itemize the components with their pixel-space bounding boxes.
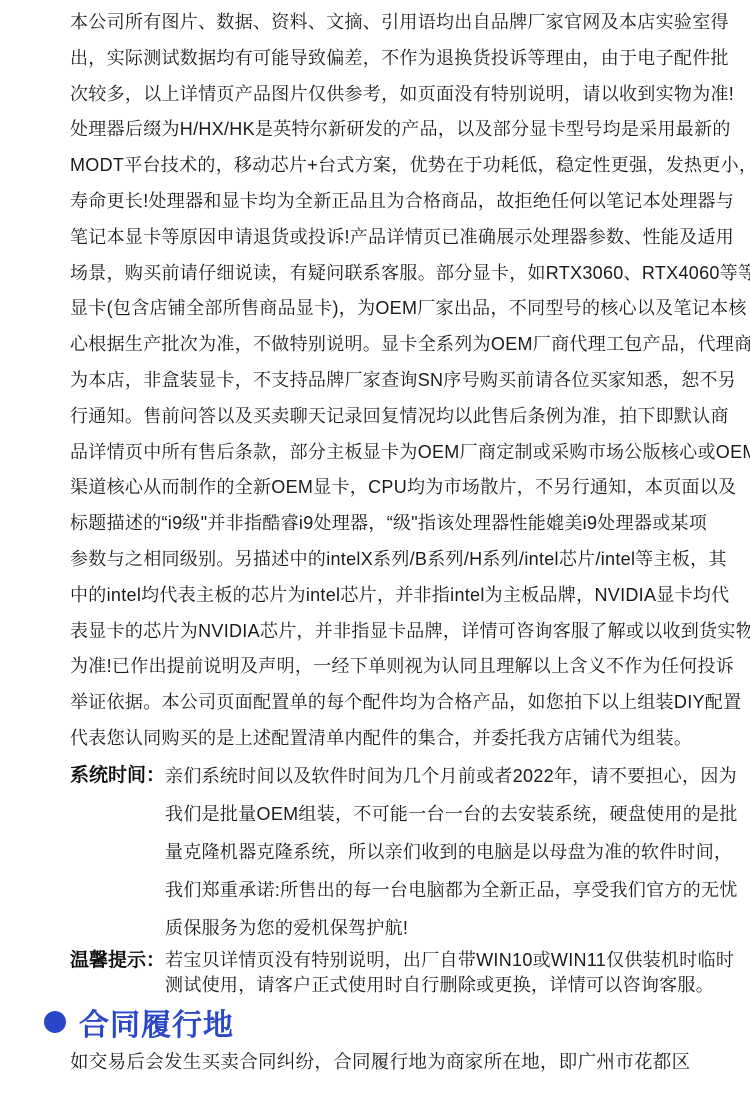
disclaimer-paragraph: 本公司所有图片、数据、资料、文摘、引用语均出自品牌厂家官网及本店实验室得出，实际… bbox=[70, 5, 750, 757]
product-disclaimer-page: 本公司所有图片、数据、资料、文摘、引用语均出自品牌厂家官网及本店实验室得出，实际… bbox=[0, 0, 750, 1097]
system-time-text: 亲们系统时间以及软件时间为几个月前或者2022年，请不要担心，因为我们是批量OE… bbox=[165, 757, 738, 947]
contract-section-title: 合同履行地 bbox=[79, 1000, 234, 1044]
system-time-block: 系统时间： 亲们系统时间以及软件时间为几个月前或者2022年，请不要担心，因为我… bbox=[70, 757, 738, 947]
contract-section-body: 如交易后会发生买卖合同纠纷，合同履行地为商家所在地，即广州市花都区 bbox=[70, 1048, 690, 1075]
contract-section-heading: 合同履行地 bbox=[44, 1000, 234, 1044]
system-time-label: 系统时间： bbox=[70, 757, 165, 795]
warm-tip-text: 若宝贝详情页没有特别说明，出厂自带WIN10或WIN11仅供装机时临时测试使用，… bbox=[165, 948, 734, 998]
warm-tip-block: 温馨提示： 若宝贝详情页没有特别说明，出厂自带WIN10或WIN11仅供装机时临… bbox=[70, 948, 734, 998]
bullet-icon bbox=[44, 1011, 66, 1033]
warm-tip-label: 温馨提示： bbox=[70, 948, 165, 973]
